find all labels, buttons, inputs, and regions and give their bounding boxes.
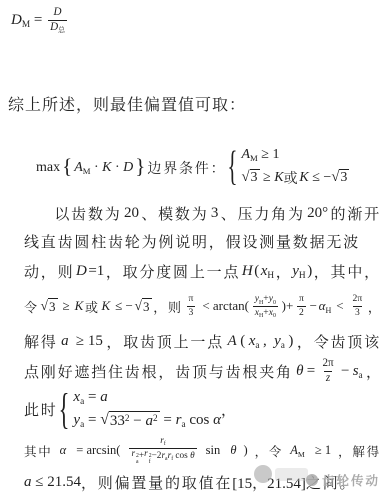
math-bigbrace: { bbox=[62, 154, 72, 179]
math-sqrt: √3 bbox=[41, 298, 58, 315]
math-sub: 0 bbox=[273, 313, 276, 319]
math-rm: )+ bbox=[282, 298, 294, 314]
math-rad: √ bbox=[100, 411, 109, 428]
math-sub: M bbox=[298, 450, 305, 459]
math-rm: , bbox=[263, 333, 271, 350]
math-sub: H bbox=[299, 271, 306, 281]
math-fden: r2a+r2f−2rarf cos θ bbox=[129, 448, 196, 465]
math-rm: =1 bbox=[88, 263, 104, 280]
math-sub: 0 bbox=[273, 300, 276, 306]
math-sqrt: √3 bbox=[135, 298, 152, 315]
math-sub: H bbox=[259, 313, 263, 319]
math-cjk: ，取分度圆上一点 bbox=[106, 261, 240, 282]
math-it: K bbox=[75, 298, 84, 314]
math-sub: H bbox=[259, 300, 263, 306]
formula-measurement-ratio: DM = DD总 bbox=[11, 6, 69, 35]
math-cjk: 线直齿圆柱齿轮为例说明，假设测量数据无波 bbox=[24, 231, 360, 252]
math-cjk: 点刚好遮挡住齿根，齿顶与齿根夹角 bbox=[24, 361, 293, 382]
math-bigbrace: } bbox=[135, 154, 145, 179]
math-cjk: 其中 bbox=[24, 442, 53, 460]
math-it: D bbox=[11, 12, 22, 28]
math-cjk: 动，则 bbox=[24, 261, 74, 282]
math-it: θ bbox=[296, 363, 303, 380]
math-sqbody: 3 bbox=[250, 169, 260, 187]
watermark-faded-mark bbox=[275, 468, 308, 481]
math-rm: 2π bbox=[323, 357, 334, 371]
math-fnum: π bbox=[187, 293, 196, 305]
paragraph-line-2: 线直齿圆柱齿轮为例说明，假设测量数据无波 bbox=[24, 227, 381, 256]
paragraph-line-5: 解得a ≥ 15，取齿顶上一点A(xa, ya)，令齿顶该 bbox=[24, 326, 381, 356]
math-sqbody: 3 bbox=[339, 169, 349, 187]
watermark-logo-blob-icon bbox=[254, 465, 272, 483]
math-it: D bbox=[54, 6, 62, 20]
math-rm: 2 bbox=[299, 307, 304, 319]
math-crow: AM ≥ 1 bbox=[241, 147, 349, 163]
math-bwrap: ya bbox=[274, 333, 285, 350]
math-rm: ≥ 1 bbox=[258, 147, 280, 163]
math-sqrt: √3 bbox=[241, 169, 259, 187]
math-rm: sin bbox=[206, 443, 224, 458]
math-cjk: 或 bbox=[85, 297, 100, 316]
math-cjk: ，取齿顶上一点 bbox=[106, 331, 224, 352]
math-cjk: 以齿数为 bbox=[54, 203, 121, 224]
math-it: a bbox=[61, 333, 69, 350]
math-bwrap: αH bbox=[319, 298, 332, 314]
math-cases: {AM ≥ 1√3 ≥ K或K ≤ −√3 bbox=[226, 147, 349, 188]
math-rm: 3 bbox=[251, 170, 258, 185]
math-rm: ≤ − bbox=[309, 170, 332, 186]
math-sqbody: 3 bbox=[142, 298, 152, 315]
math-sub: M bbox=[83, 166, 91, 176]
math-fnum: 2π bbox=[321, 357, 336, 371]
math-crow: √3 ≥ K或K ≤ −√3 bbox=[241, 168, 349, 188]
math-rm: ≤ − bbox=[112, 298, 133, 314]
math-frac: yH+y0xH+x0 bbox=[253, 293, 278, 318]
body-paragraph: 以齿数为20、模数为3、压力角为20°的渐开线直齿圆柱齿轮为例说明，假设测量数据… bbox=[24, 200, 381, 495]
math-it: D bbox=[76, 263, 87, 280]
math-fden: z bbox=[324, 371, 332, 386]
math-rm: − bbox=[310, 298, 317, 314]
math-bwrap: xH bbox=[255, 307, 264, 319]
math-rad: √ bbox=[41, 298, 49, 313]
math-cbrace: { bbox=[227, 143, 237, 192]
math-fden: 2 bbox=[297, 306, 306, 319]
math-it: K bbox=[274, 170, 283, 186]
math-rm: ( bbox=[254, 263, 259, 280]
math-rm: 3 bbox=[49, 299, 56, 314]
math-rm: 3 bbox=[355, 307, 360, 319]
math-rm: ， bbox=[276, 261, 291, 282]
math-fnum: yH+y0 bbox=[253, 293, 278, 305]
math-rm: ≤ 21.54 bbox=[32, 474, 81, 491]
math-rm: = bbox=[84, 412, 100, 429]
math-frac: rfr2a+r2f−2rarf cos θ bbox=[129, 436, 196, 464]
math-rm: −2 bbox=[152, 451, 162, 463]
math-cjk: 令 bbox=[24, 297, 39, 316]
math-rm: 20° bbox=[307, 205, 328, 222]
math-sub: H bbox=[267, 271, 274, 281]
math-it: θ bbox=[230, 443, 236, 458]
math-crows: AM ≥ 1√3 ≥ K或K ≤ −√3 bbox=[241, 147, 349, 188]
math-bwrap: r2f bbox=[144, 449, 151, 465]
math-sub: H bbox=[325, 306, 331, 315]
math-rad: √ bbox=[241, 169, 249, 185]
math-it: H bbox=[242, 263, 253, 280]
math-bwrap: rf bbox=[160, 436, 166, 448]
math-cjk: 或 bbox=[284, 168, 300, 188]
math-rm: = arcsin( bbox=[73, 443, 120, 458]
math-cjk: ，则偏置量的取值在 bbox=[81, 472, 232, 493]
math-cjk: ，解得 bbox=[338, 442, 381, 460]
math-crow: xa = a bbox=[73, 389, 221, 406]
math-cjk: ，令 bbox=[255, 442, 284, 460]
math-crows: xa = aya = √332 − a2 = ra cos α bbox=[73, 389, 221, 430]
math-rm: cos bbox=[186, 412, 214, 429]
math-sup: 2 bbox=[125, 414, 130, 424]
math-it: z bbox=[326, 372, 330, 386]
math-bwrap: xa bbox=[249, 333, 260, 350]
math-cjk: 解得 bbox=[24, 331, 58, 352]
math-rad: √ bbox=[135, 298, 143, 313]
math-rm: < arctan( bbox=[199, 298, 249, 314]
math-rm: = bbox=[84, 389, 100, 406]
math-ssub: a bbox=[136, 459, 139, 465]
math-rm: ≥ bbox=[260, 170, 275, 186]
math-stack: 2a bbox=[136, 453, 139, 466]
math-rm: 3 bbox=[189, 307, 194, 319]
math-sub: a bbox=[80, 420, 84, 430]
math-bwrap: DM bbox=[11, 12, 30, 29]
formula-max-boundary-conditions: max{AM · K · D}边界条件：{AM ≥ 1√3 ≥ K或K ≤ −√… bbox=[36, 147, 349, 188]
math-stack: 2f bbox=[149, 453, 152, 466]
math-rm: = bbox=[307, 363, 315, 380]
math-fden: xH+x0 bbox=[253, 306, 278, 319]
math-cjk: 边界条件： bbox=[147, 158, 226, 178]
math-rm: − bbox=[130, 413, 146, 429]
math-rm: · bbox=[112, 160, 124, 176]
paragraph-line-7: 此时{xa = aya = √332 − a2 = ra cos α， bbox=[24, 387, 381, 432]
math-it: A bbox=[290, 443, 298, 457]
math-bwrap: AM bbox=[241, 147, 257, 163]
math-rad: √ bbox=[331, 169, 339, 185]
math-rm: ， bbox=[368, 297, 381, 316]
math-it: s bbox=[353, 363, 359, 379]
math-fnum: D bbox=[52, 6, 64, 20]
math-cbrace: { bbox=[59, 384, 70, 435]
math-fden: 3 bbox=[187, 306, 196, 319]
math-frac: 2πz bbox=[321, 357, 336, 386]
math-rm: ≥ bbox=[59, 298, 73, 314]
math-cases: {xa = aya = √332 − a2 = ra cos α bbox=[58, 389, 221, 430]
math-rm: ， bbox=[221, 399, 236, 420]
math-rm: ， bbox=[366, 361, 381, 382]
math-it: A bbox=[74, 160, 83, 175]
math-rm: = bbox=[30, 12, 46, 29]
math-rm: = bbox=[160, 412, 176, 429]
math-rm: 3 bbox=[211, 205, 219, 222]
math-rm: · bbox=[90, 160, 102, 176]
math-it: D bbox=[50, 21, 58, 33]
math-bwrap: AM bbox=[74, 160, 90, 176]
math-bwrap: sa bbox=[353, 363, 363, 380]
math-rm: 3 bbox=[340, 170, 347, 185]
math-it: K bbox=[299, 170, 308, 186]
math-sub: f bbox=[164, 441, 166, 447]
math-sub: a bbox=[281, 341, 285, 351]
math-bwrap: ra bbox=[176, 412, 186, 429]
math-rm: π bbox=[189, 293, 194, 305]
paragraph-line-4: 令√3 ≥ K或K ≤ −√3，则π3 < arctan(yH+y0xH+x0)… bbox=[24, 286, 381, 326]
math-sqrt: √332 − a2 bbox=[100, 411, 159, 430]
math-it: y bbox=[292, 263, 299, 279]
watermark-brand-text: 齿轮传动 bbox=[322, 471, 380, 489]
summary-sentence: 综上所述，则最佳偏置值可取： bbox=[8, 92, 246, 115]
math-it: D bbox=[123, 160, 133, 176]
math-rm: ) bbox=[288, 333, 293, 350]
math-rm: < bbox=[333, 298, 347, 314]
math-bwrap: D总 bbox=[50, 21, 65, 35]
math-rm: 20 bbox=[124, 205, 139, 222]
math-bwrap: xH bbox=[261, 263, 274, 280]
paragraph-line-3: 动，则D=1，取分度圆上一点H(xH，yH)，其中， bbox=[24, 256, 381, 286]
watermark: 齿轮传动 bbox=[306, 471, 380, 489]
math-sub: M bbox=[22, 20, 30, 30]
math-bwrap: 332 bbox=[110, 413, 130, 429]
math-it: r bbox=[131, 449, 135, 459]
math-rm: ( bbox=[240, 333, 245, 350]
math-rm: cos bbox=[173, 451, 190, 463]
math-bwrap: yH bbox=[255, 293, 264, 305]
paragraph-line-1: 以齿数为20、模数为3、压力角为20°的渐开 bbox=[24, 200, 381, 227]
math-it: A bbox=[241, 147, 250, 162]
math-bwrap: AM bbox=[290, 443, 305, 458]
math-cjk: ，令齿顶该 bbox=[297, 331, 381, 352]
math-sub: a bbox=[80, 397, 84, 407]
math-bwrap: ya bbox=[73, 412, 84, 429]
math-sub: a bbox=[181, 420, 185, 430]
math-it: r bbox=[144, 449, 148, 459]
paragraph-line-6: 点刚好遮挡住齿根，齿顶与齿根夹角θ=2πz−sa， bbox=[24, 356, 381, 387]
math-sup: 2 bbox=[153, 414, 158, 424]
math-it: a bbox=[145, 413, 153, 429]
math-sqbody: 3 bbox=[48, 298, 58, 315]
math-sub: f bbox=[171, 456, 173, 462]
math-cjk: 、压力角为 bbox=[221, 203, 305, 224]
math-sqrt: √3 bbox=[331, 169, 349, 187]
math-cjk: 的渐开 bbox=[331, 203, 381, 224]
math-frac: π2 bbox=[297, 293, 306, 318]
math-rm: ≥ 15 bbox=[72, 333, 103, 350]
math-rm: max bbox=[36, 160, 60, 176]
math-sqbody: 332 − a2 bbox=[109, 411, 160, 430]
math-sub: M bbox=[250, 153, 258, 163]
math-it: α bbox=[213, 412, 221, 429]
math-bwrap: r2a bbox=[131, 449, 138, 465]
math-bwrap: x0 bbox=[269, 307, 276, 319]
math-crow: ya = √332 − a2 = ra cos α bbox=[73, 411, 221, 430]
math-it: A bbox=[228, 333, 237, 350]
math-rm: 3 bbox=[143, 299, 150, 314]
math-it: y bbox=[274, 333, 281, 349]
math-rm: π bbox=[299, 293, 304, 305]
math-bwrap: yH bbox=[292, 263, 305, 280]
math-fnum: 2π bbox=[351, 293, 365, 305]
math-sub: 总 bbox=[58, 27, 65, 34]
math-frac: DD总 bbox=[48, 6, 67, 35]
math-it: a bbox=[24, 474, 32, 491]
math-rm: 2π bbox=[353, 293, 363, 305]
math-rm: ≥ 1 bbox=[312, 443, 331, 458]
math-it: K bbox=[101, 298, 110, 314]
math-it: θ bbox=[190, 451, 195, 463]
math-it: K bbox=[102, 160, 111, 176]
math-cjk: ，则 bbox=[153, 297, 183, 316]
math-rm: − bbox=[341, 363, 349, 380]
math-sub: a bbox=[255, 341, 259, 351]
math-bwrap: a2 bbox=[145, 413, 157, 429]
math-frac: 2π3 bbox=[351, 293, 365, 318]
math-fden: 3 bbox=[353, 306, 362, 319]
math-cjk: ，其中， bbox=[314, 261, 381, 282]
math-cjk: 此时 bbox=[24, 399, 58, 420]
math-frac: π3 bbox=[187, 293, 196, 318]
paragraph-line-8: 其中α = arcsin(rfr2a+r2f−2rarf cos θsin θ)… bbox=[24, 432, 381, 469]
math-fnum: π bbox=[297, 293, 306, 305]
watermark-gear-icon bbox=[306, 474, 318, 486]
math-rm: ) bbox=[243, 443, 247, 458]
math-it: α bbox=[60, 443, 67, 458]
math-sub: a bbox=[359, 371, 363, 381]
math-rm: 33 bbox=[110, 413, 125, 429]
math-cjk: 、模数为 bbox=[141, 203, 208, 224]
math-fden: D总 bbox=[48, 20, 67, 35]
math-sub: a bbox=[165, 456, 168, 462]
math-it: a bbox=[100, 389, 108, 406]
math-fnum: rf bbox=[158, 436, 168, 448]
math-bwrap: y0 bbox=[269, 293, 276, 305]
math-ssub: f bbox=[149, 459, 151, 465]
math-rm: ) bbox=[307, 263, 312, 280]
math-bwrap: xa bbox=[73, 389, 84, 406]
